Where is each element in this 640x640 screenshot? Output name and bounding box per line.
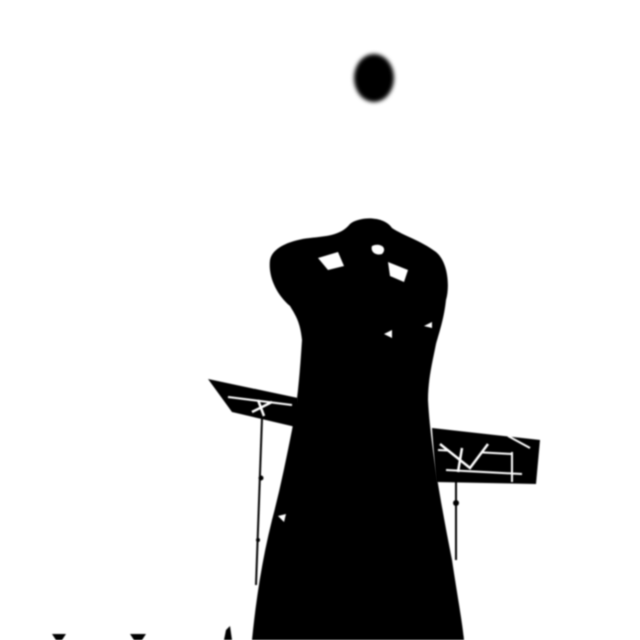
photo-scene <box>0 0 640 640</box>
silhouette-photo <box>0 0 640 640</box>
dark-blob <box>354 54 394 102</box>
